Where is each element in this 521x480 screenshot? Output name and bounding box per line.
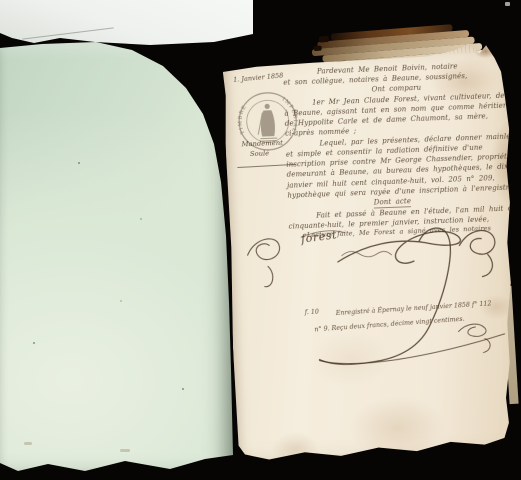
paper-crease [22, 27, 113, 39]
signature-flourishes-icon [222, 37, 521, 467]
edge-debris [313, 46, 321, 52]
loose-paper-sheet [0, 0, 254, 48]
paper-smudge [120, 449, 130, 452]
paper-speck [78, 162, 80, 164]
registration-signature-icon [458, 324, 490, 354]
paper-speck [120, 300, 122, 302]
paper-scrap [505, 2, 510, 6]
registration-fee: f. 10 [305, 309, 319, 317]
blank-green-page [0, 40, 233, 476]
paper-speck [182, 388, 184, 390]
edge-debris [319, 36, 329, 43]
paper-speck [33, 342, 35, 344]
act-number: N° 1 [247, 52, 266, 62]
archival-photo: N° 1 1. Janvier 1858 TIMBRE IMPERIAL [0, 0, 521, 480]
paper-smudge [24, 442, 32, 445]
paper-speck [140, 218, 142, 220]
manuscript-page: N° 1 1. Janvier 1858 TIMBRE IMPERIAL [222, 37, 521, 467]
